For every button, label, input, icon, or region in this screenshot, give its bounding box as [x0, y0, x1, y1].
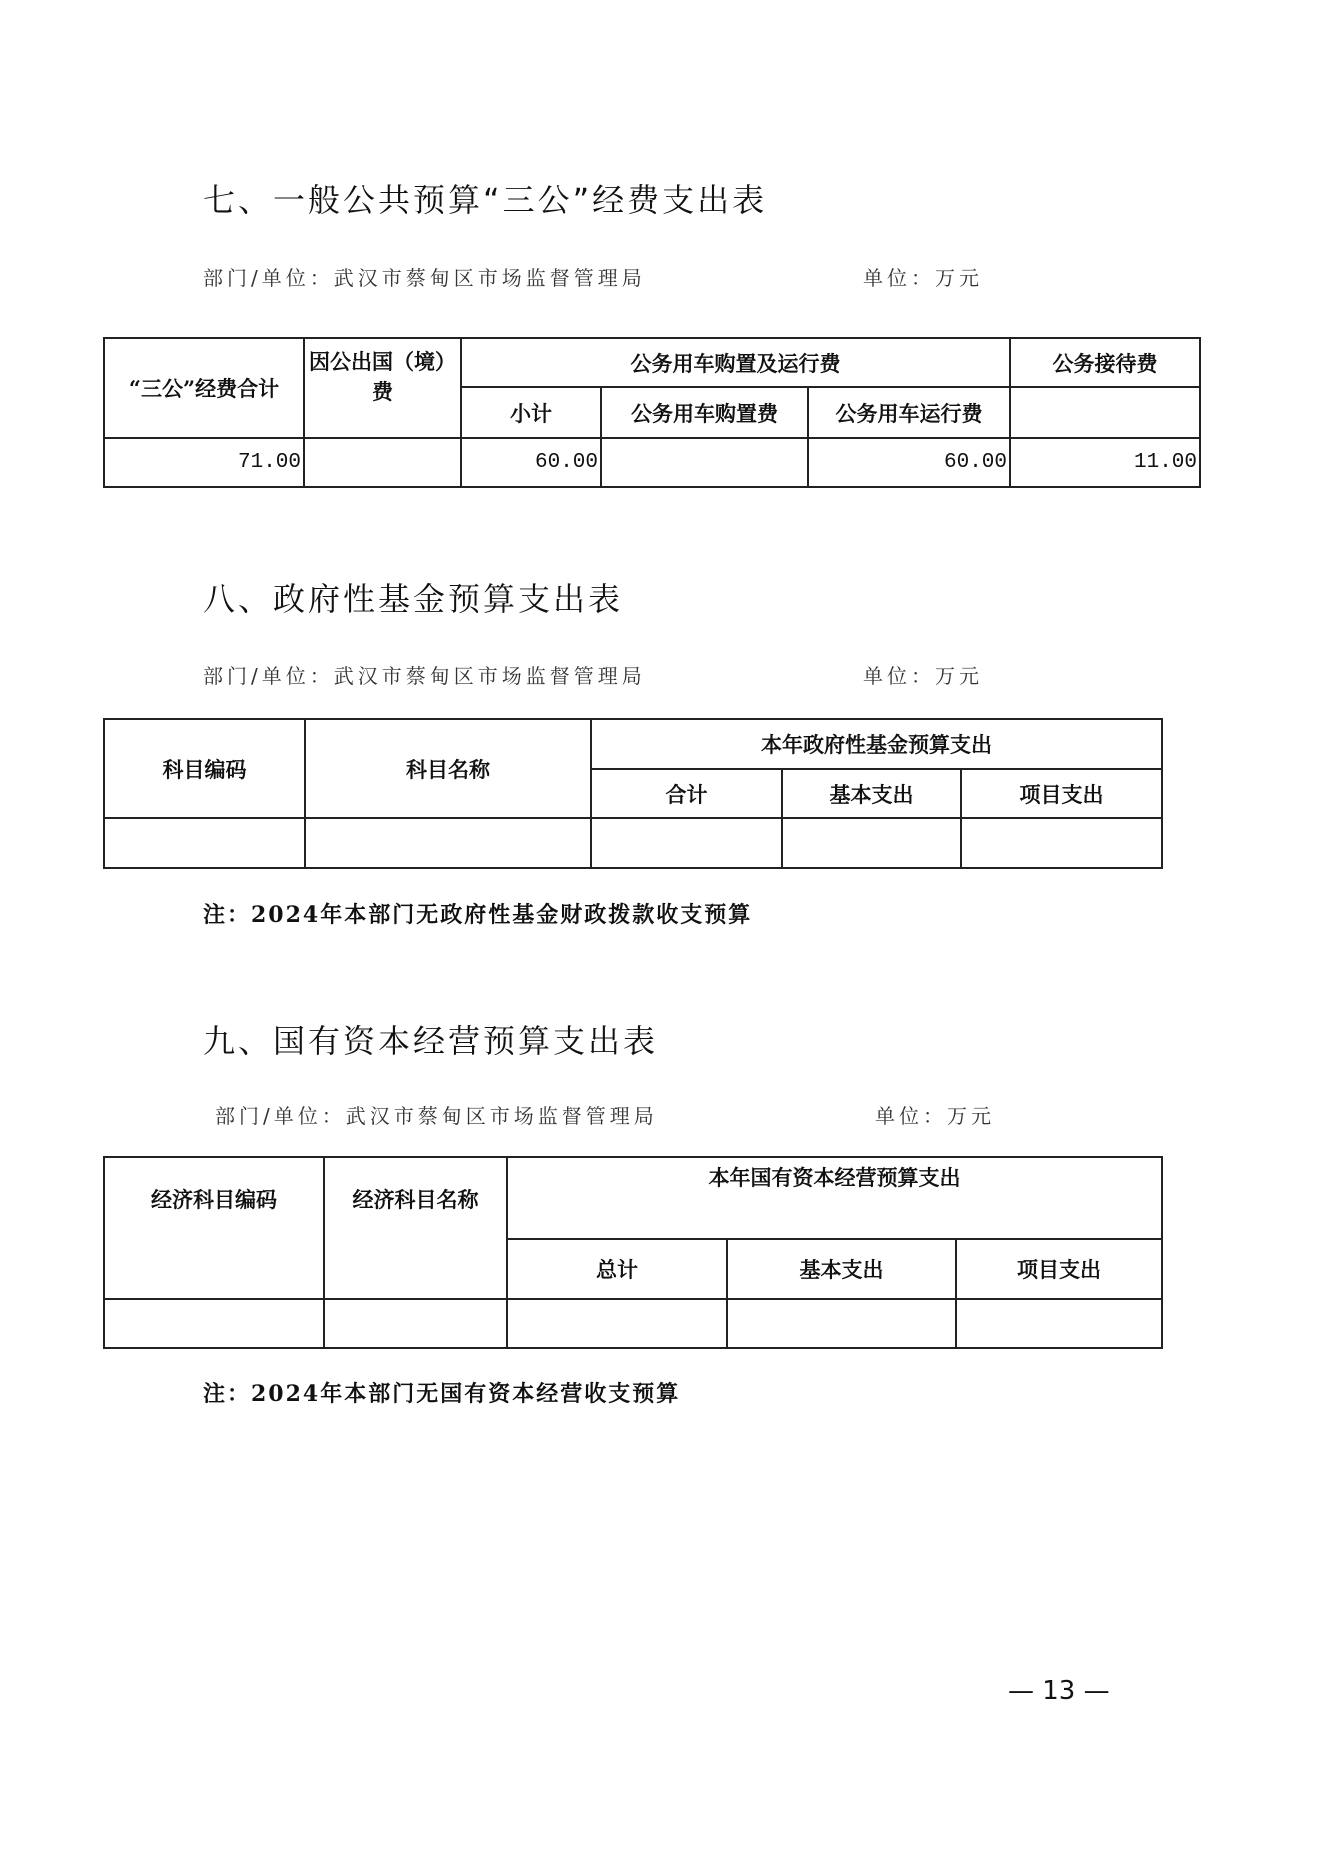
section9-dept: 部门/单位：武汉市蔡甸区市场监督管理局	[215, 1100, 658, 1129]
cell-basic	[727, 1299, 956, 1348]
header-code: 科目编码	[104, 719, 305, 818]
cell-total	[591, 818, 782, 868]
table-row	[104, 1299, 1162, 1348]
section8-note: 注：2024年本部门无政府性基金财政拨款收支预算	[203, 898, 752, 929]
header-total: 合计	[591, 769, 782, 818]
cell-project	[961, 818, 1162, 868]
cell-vehicle-purchase	[601, 438, 808, 487]
header-fund-group: 本年政府性基金预算支出	[591, 719, 1162, 769]
header-project: 项目支出	[961, 769, 1162, 818]
header-capital-group: 本年国有资本经营预算支出	[507, 1157, 1162, 1239]
section9-table: 经济科目编码 经济科目名称 本年国有资本经营预算支出 总计 基本支出 项目支出	[103, 1156, 1163, 1349]
table-row	[104, 818, 1162, 868]
cell-name	[324, 1299, 507, 1348]
section8-title: 八、政府性基金预算支出表	[203, 574, 623, 620]
cell-code	[104, 818, 305, 868]
cell-subtotal: 60.00	[461, 438, 601, 487]
section8-unit: 单位：万元	[863, 660, 983, 689]
header-vehicle-purchase: 公务用车购置费	[601, 387, 808, 438]
section9-title: 九、国有资本经营预算支出表	[203, 1016, 658, 1062]
section8-table: 科目编码 科目名称 本年政府性基金预算支出 合计 基本支出 项目支出	[103, 718, 1163, 869]
cell-name	[305, 818, 591, 868]
header-sangong-total: “三公”经费合计	[104, 338, 304, 438]
cell-reception: 11.00	[1010, 438, 1200, 487]
header-vehicle-operation: 公务用车运行费	[808, 387, 1010, 438]
cell-project	[956, 1299, 1162, 1348]
section9-note: 注：2024年本部门无国有资本经营收支预算	[203, 1377, 680, 1408]
header-econ-code: 经济科目编码	[104, 1157, 324, 1299]
section7-dept: 部门/单位：武汉市蔡甸区市场监督管理局	[203, 262, 646, 291]
header-basic: 基本支出	[727, 1239, 956, 1299]
header-reception: 公务接待费	[1010, 338, 1200, 387]
page-number: — 13 —	[1008, 1676, 1110, 1706]
cell-vehicle-operation: 60.00	[808, 438, 1010, 487]
cell-basic	[782, 818, 961, 868]
header-econ-name: 经济科目名称	[324, 1157, 507, 1299]
header-abroad: 因公出国（境）费	[304, 338, 461, 438]
cell-code	[104, 1299, 324, 1348]
header-reception-sub	[1010, 387, 1200, 438]
header-name: 科目名称	[305, 719, 591, 818]
header-total: 总计	[507, 1239, 727, 1299]
header-project: 项目支出	[956, 1239, 1162, 1299]
cell-total: 71.00	[104, 438, 304, 487]
table-row: 71.00 60.00 60.00 11.00	[104, 438, 1200, 487]
section7-title: 七、一般公共预算“三公”经费支出表	[203, 175, 767, 221]
header-basic: 基本支出	[782, 769, 961, 818]
section8-dept: 部门/单位：武汉市蔡甸区市场监督管理局	[203, 660, 646, 689]
section9-unit: 单位：万元	[875, 1100, 995, 1129]
section7-unit: 单位：万元	[863, 262, 983, 291]
section7-table: “三公”经费合计 因公出国（境）费 公务用车购置及运行费 公务接待费 小计 公务…	[103, 337, 1201, 488]
header-vehicle-group: 公务用车购置及运行费	[461, 338, 1010, 387]
cell-abroad	[304, 438, 461, 487]
header-subtotal: 小计	[461, 387, 601, 438]
cell-total	[507, 1299, 727, 1348]
